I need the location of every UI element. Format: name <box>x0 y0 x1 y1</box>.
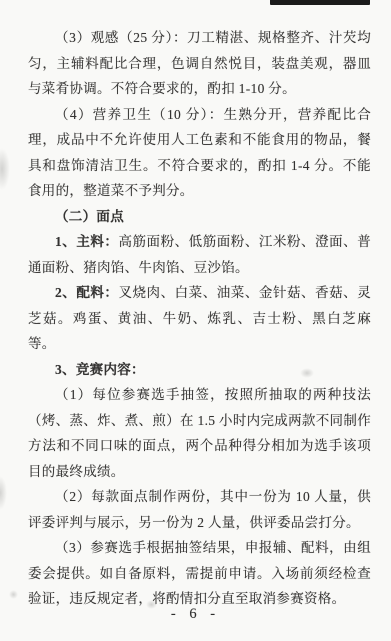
section-heading-text: （二）面点 <box>55 209 124 224</box>
paragraph-item-3-appearance: （3）观感（25 分）：刀工精湛、规格整齐、汁芡均匀，主辅料配比合理，色调自然悦… <box>28 25 371 102</box>
scan-artifact-speck <box>9 590 18 599</box>
paragraph-main-ingredients: 1、主料：高筋面粉、低筋面粉、江米粉、澄面、普通面粉、猪肉馅、牛肉馅、豆沙馅。 <box>28 229 371 280</box>
paragraph-text: （2）每款面点制作两份，其中一份为 10 人量，供评委评判与展示，另一份为 2 … <box>28 489 371 530</box>
scan-artifact-smudge <box>0 476 7 510</box>
scan-artifact-top-bar <box>270 0 370 5</box>
paragraph-item-4-nutrition-hygiene: （4）营养卫生（10 分）：生熟分开，营养配比合理，成品中不允许使用人工色素和不… <box>28 102 371 204</box>
paragraph-label: 3、竞赛内容： <box>55 362 145 377</box>
paragraph-rule-3: （3）参赛选手根据抽签结果，申报辅、配料，由组委会提供。如自备原料，需提前申请。… <box>28 535 371 612</box>
scan-artifact-smudge <box>0 148 10 190</box>
page-number: - 6 - <box>0 606 391 623</box>
paragraph-text: （4）营养卫生（10 分）：生熟分开，营养配比合理，成品中不允许使用人工色素和不… <box>28 107 371 199</box>
paragraph-text: （1）每位参赛选手抽签，按照所抽取的两种技法（烤、蒸、炸、煮、煎）在 1.5 小… <box>28 387 371 479</box>
paragraph-text: （3）观感（25 分）：刀工精湛、规格整齐、汁芡均匀，主辅料配比合理，色调自然悦… <box>28 30 371 96</box>
paragraph-rule-2: （2）每款面点制作两份，其中一份为 10 人量，供评委评判与展示，另一份为 2 … <box>28 484 371 535</box>
document-body: （3）观感（25 分）：刀工精湛、规格整齐、汁芡均匀，主辅料配比合理，色调自然悦… <box>28 25 371 612</box>
paragraph-accessory-ingredients: 2、配料：叉烧肉、白菜、油菜、金针菇、香菇、灵芝菇。鸡蛋、黄油、牛奶、炼乳、吉士… <box>28 280 371 357</box>
section-heading-pastry: （二）面点 <box>28 204 371 230</box>
paragraph-rule-1: （1）每位参赛选手抽签，按照所抽取的两种技法（烤、蒸、炸、煮、煎）在 1.5 小… <box>28 382 371 484</box>
paragraph-competition-content: 3、竞赛内容： <box>28 357 371 383</box>
paragraph-label: 2、配料： <box>55 285 118 300</box>
paragraph-label: 1、主料： <box>55 234 118 249</box>
scanned-document-page: （3）观感（25 分）：刀工精湛、规格整齐、汁芡均匀，主辅料配比合理，色调自然悦… <box>0 0 391 641</box>
paragraph-text: （3）参赛选手根据抽签结果，申报辅、配料，由组委会提供。如自备原料，需提前申请。… <box>28 540 371 606</box>
